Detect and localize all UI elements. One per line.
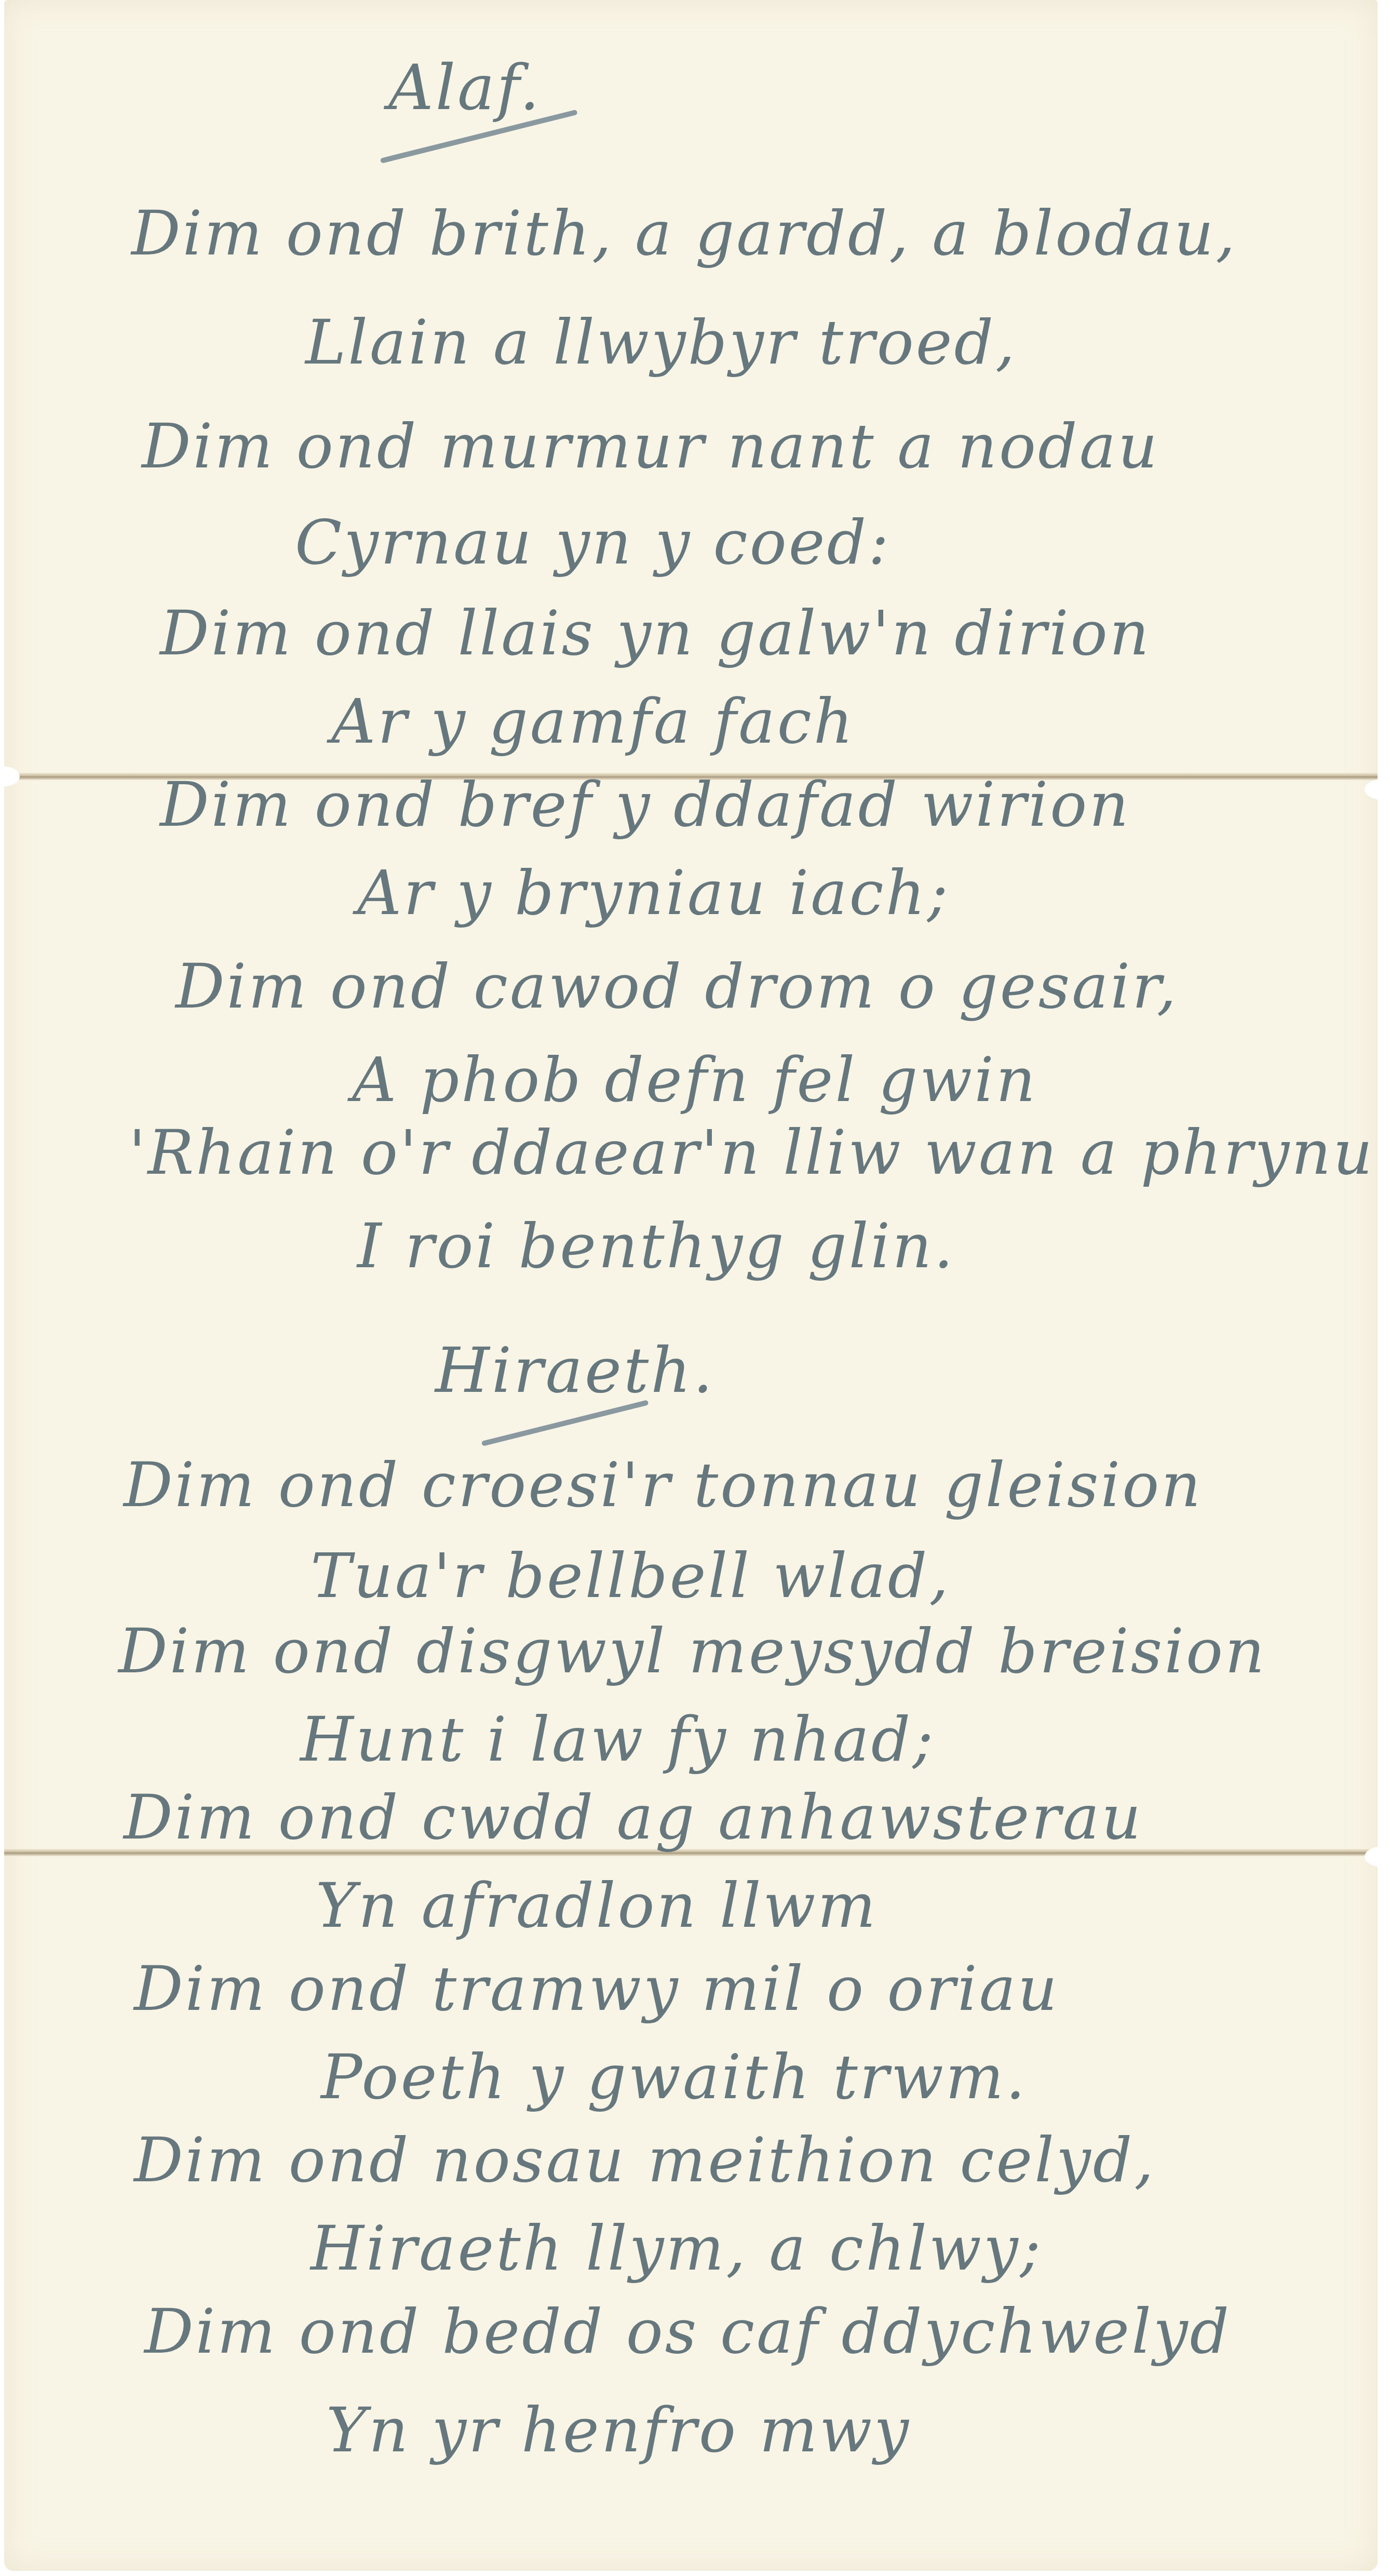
poem-title: Alaf. — [388, 57, 542, 119]
poem-line: Yn yr henfro mwy — [326, 2399, 911, 2461]
poem-line: Ar y bryniau iach; — [357, 862, 950, 923]
paper-tear — [1365, 779, 1390, 800]
poem-line: Dim ond brith, a gardd, a blodau, — [131, 203, 1237, 264]
poem-line: Ar y gamfa fach — [331, 691, 855, 752]
poem-line: Dim ond llais yn galw'n dirion — [160, 602, 1151, 664]
poem-line: A phob defn fel gwin — [352, 1049, 1037, 1110]
manuscript-page: Alaf. Dim ond brith, a gardd, a blodau, … — [4, 0, 1378, 2571]
paper-tear — [0, 766, 20, 787]
poem-line: Cyrnau yn y coed: — [295, 512, 891, 573]
poem-title: Hiraeth. — [435, 1340, 715, 1402]
poem-line: Dim ond nosau meithion celyd, — [134, 2129, 1156, 2191]
poem-line: I roi benthyg glin. — [357, 1215, 955, 1277]
poem-line: Dim ond murmur nant a nodau — [142, 415, 1159, 477]
poem-line: Dim ond bedd os caf ddychwelyd — [144, 2301, 1231, 2362]
poem-line: Tua'r bellbell wlad, — [311, 1545, 951, 1606]
poem-line: Llain a llwybyr troed, — [305, 312, 1017, 373]
poem-line: Dim ond cawod drom o gesair, — [176, 956, 1178, 1017]
poem-line: Hiraeth llym, a chlwy; — [311, 2218, 1043, 2279]
poem-line: Yn afradlon llwm — [316, 1875, 878, 1936]
poem-line: Poeth y gwaith trwm. — [321, 2046, 1027, 2108]
poem-line: Dim ond disgwyl meysydd breision — [118, 1620, 1266, 1682]
poem-line: Dim ond cwdd ag anhawsterau — [124, 1787, 1143, 1848]
poem-line: Hunt i law fy nhad; — [300, 1709, 935, 1770]
poem-line: 'Rhain o'r ddaear'n lliw wan a phrynu — [129, 1122, 1374, 1183]
poem-line: Dim ond bref y ddafad wirion — [160, 774, 1130, 835]
poem-line: Dim ond tramwy mil o oriau — [134, 1958, 1059, 2019]
poem-line: Dim ond croesi'r tonnau gleision — [124, 1454, 1203, 1515]
